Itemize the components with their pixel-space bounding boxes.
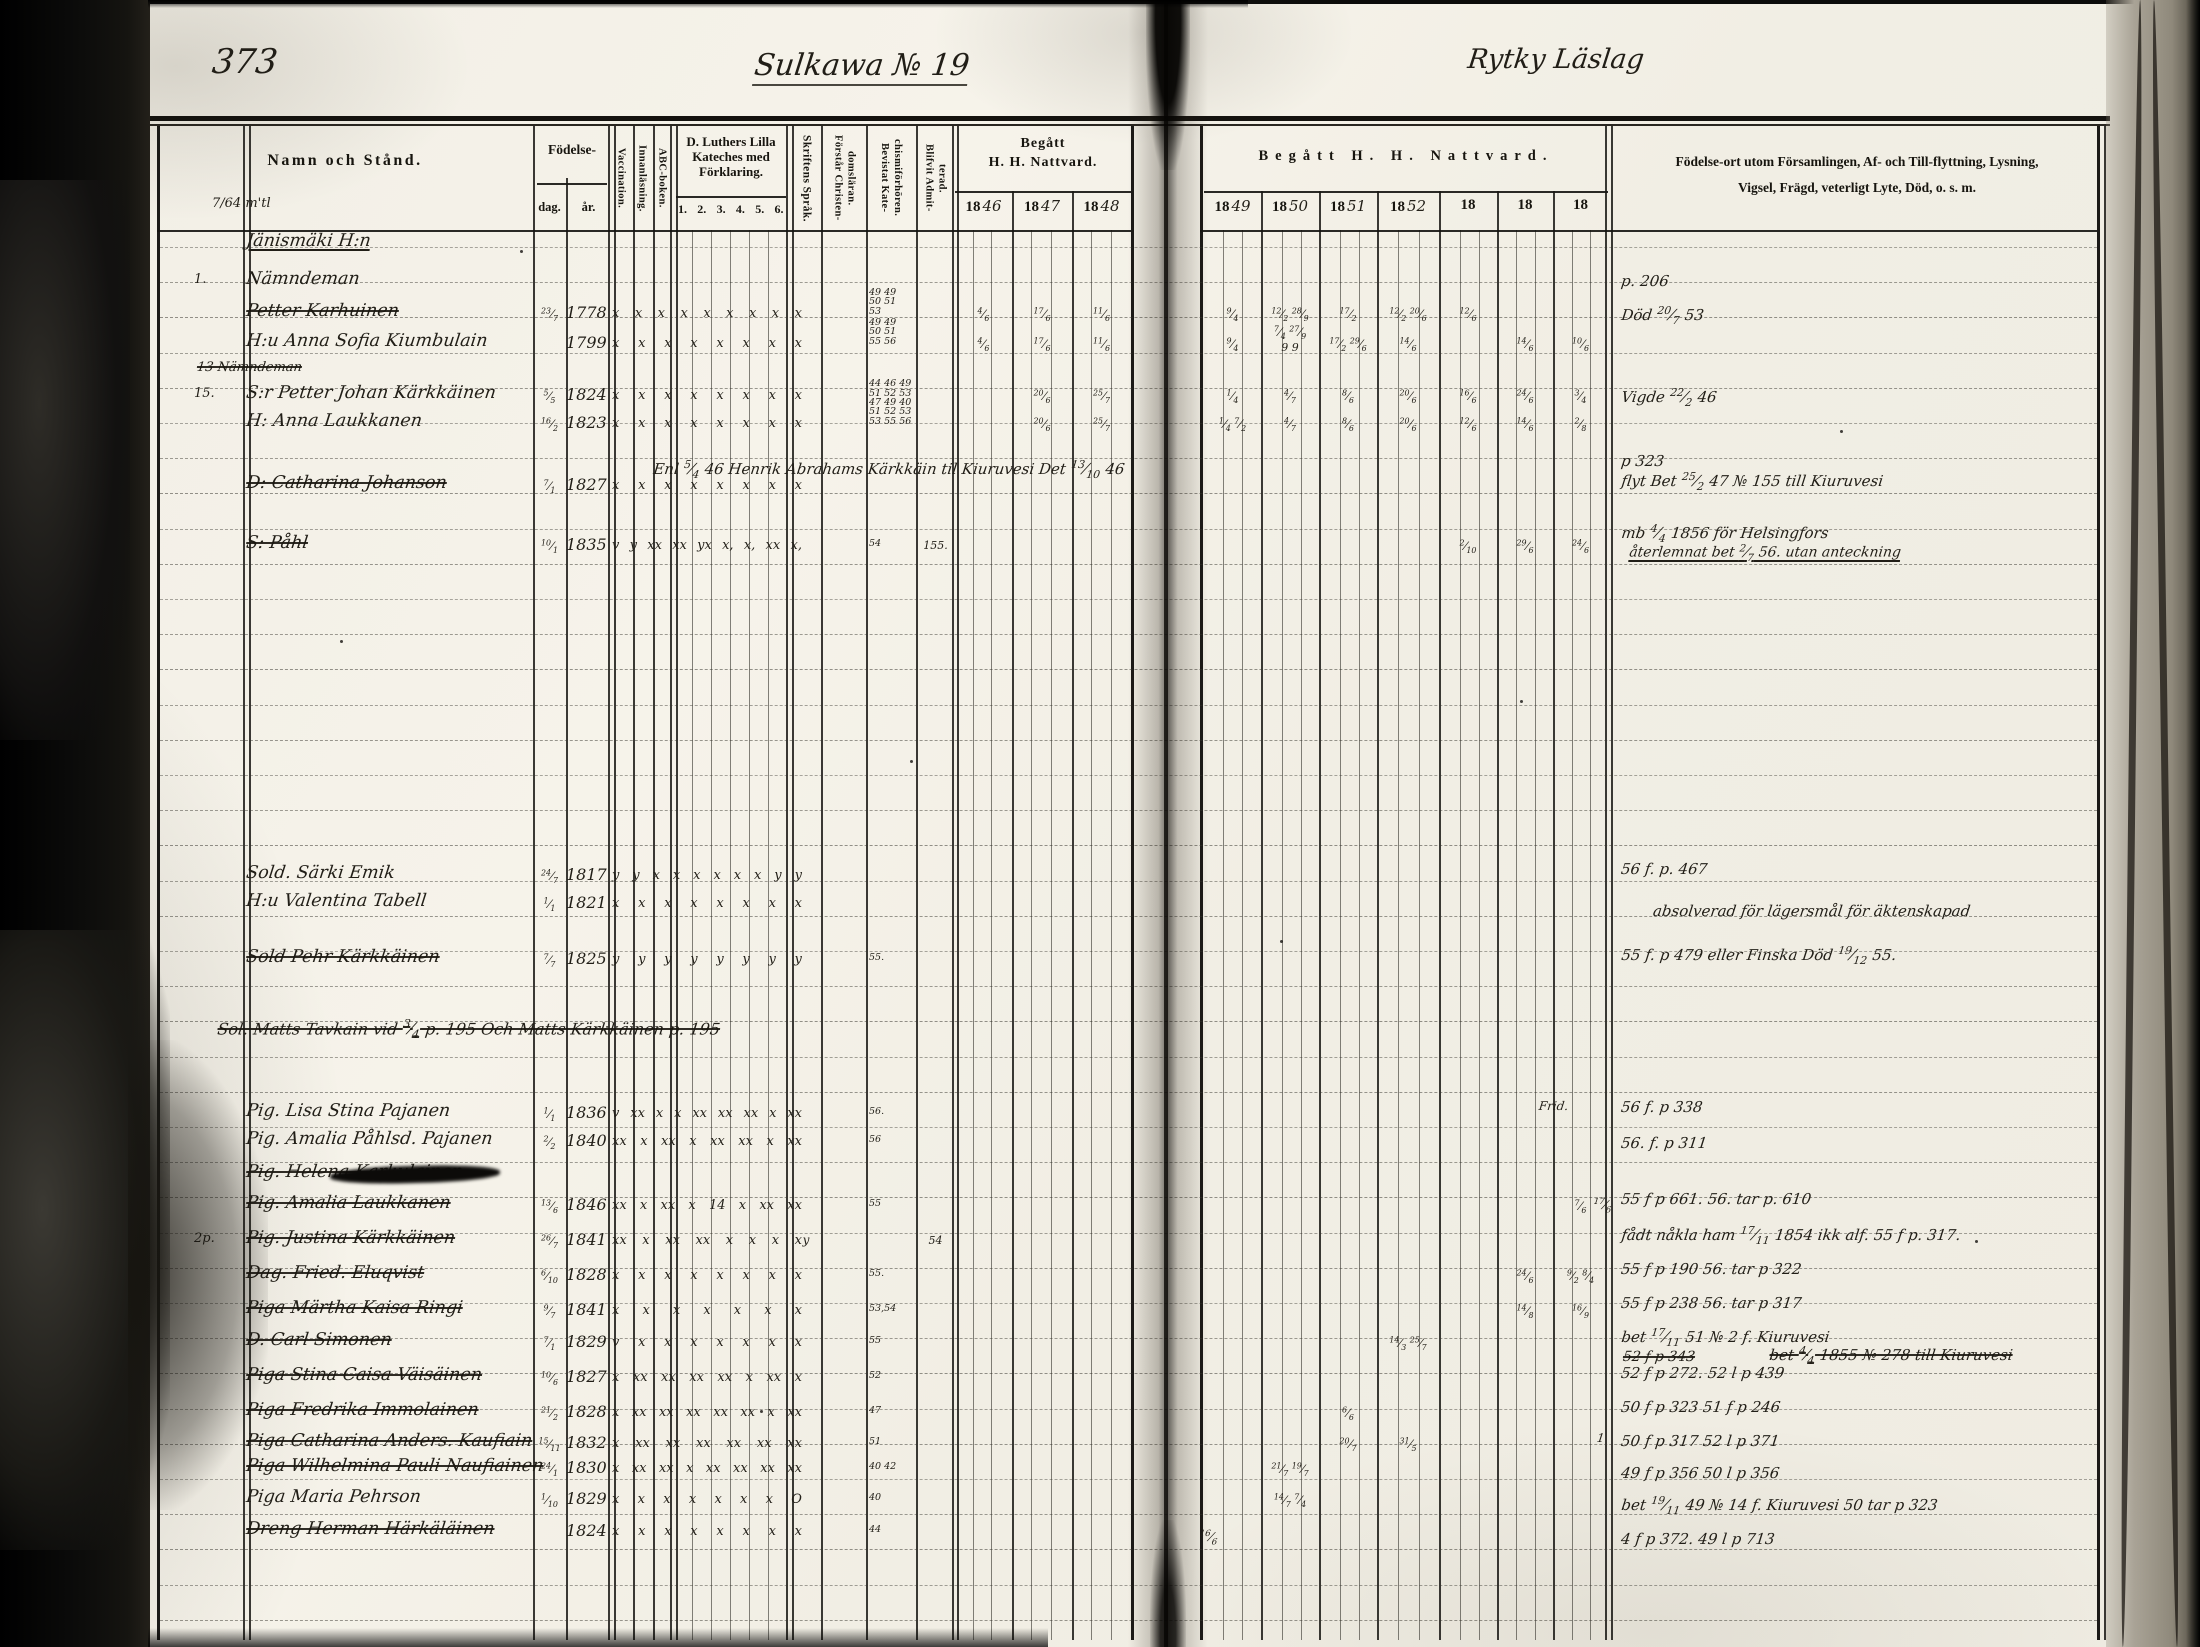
row-note: 4 f p 372. 49 l p 713 [1620,1530,1776,1548]
mark: x, [744,538,755,553]
fraction: 13⁄10 [1070,460,1102,478]
fodelse-divider [537,183,607,185]
mark: x [795,416,802,431]
mark: xx [696,1233,711,1248]
header-bevistat-wrap: Bevistat Kate- chismiförhören. [866,128,916,228]
mark: x [716,388,723,403]
fraction: 2⁄8 [1575,418,1587,431]
mark: x [656,1106,663,1121]
row-cell-y1847: 20⁄6 [1012,415,1072,434]
fraction: 9⁄4 [1227,308,1239,321]
row-bevistat: 47 49 40 51 52 53 53 55 56 [869,398,919,427]
mark: x [638,416,645,431]
row-bevistat: 44 [869,1525,919,1535]
row-marks: vyxxxxyxx,x,xxx, [612,538,802,553]
year-header: 1846 [955,197,1012,216]
mark: x [795,896,802,911]
row-name: S:r Petter Johan Kärkkäinen [245,383,497,403]
mark: x [690,336,697,351]
mark: x [673,1303,680,1318]
row-birth-day: 7⁄7 [533,951,566,970]
row-birth-year: 1778 [566,303,607,322]
year-printed: 18 [1518,197,1533,213]
mark: xx [632,1405,647,1420]
luthers-subcol-label: 4. [731,202,750,217]
year-printed: 18 [1573,197,1588,213]
year-printed: 18 [1330,199,1345,215]
ink-speck [520,250,523,253]
mark: x [769,388,776,403]
row-bevistat: 55 [869,1199,919,1209]
grid-vline [1111,230,1112,1640]
mark: x [612,1268,619,1283]
row-note: bet 19⁄11 49 № 14 f. Kiuruvesi 50 tar p … [1620,1494,1939,1517]
mark: xx [710,1134,725,1149]
row-name: Sold. Särki Emik [245,863,396,883]
mark: xx [726,1436,741,1451]
row-name: Jänismäki H:n [245,231,372,251]
fraction: 28⁄9 [1292,308,1309,321]
mark: v [612,1335,619,1350]
mark: x [716,416,723,431]
grid-vline [1242,230,1243,1640]
row-cell-y1848: 25⁄7 [1072,387,1131,406]
mark: x [638,1492,645,1507]
mark: 14 [709,1198,726,1213]
mark: x [795,1335,802,1350]
mark: x [664,896,671,911]
mark: x [612,1492,619,1507]
mark: x [769,336,776,351]
mark: x [740,1492,747,1507]
fraction: 20⁄6 [1400,390,1417,403]
fraction: 20⁄6 [1410,308,1427,321]
mark: x [638,478,645,493]
row-cell-y1849: 1⁄4 [1204,387,1261,406]
grid-vline [711,230,712,1640]
row-name: S: Påhl [245,533,309,553]
grid-vline [692,230,693,1640]
mark: x [716,896,723,911]
grid-vline [768,230,769,1640]
grid-vline [1091,230,1092,1640]
row-marks: xxxxxxxx [612,1524,802,1539]
mark: x [689,1134,696,1149]
mark: xx [757,1436,772,1451]
fraction: 19⁄7 [1292,1463,1309,1476]
fraction: 1⁄4 [1227,390,1239,403]
fraction: 20⁄7 [1340,1438,1357,1451]
mark: x [690,388,697,403]
fraction: 24⁄7 [541,870,558,883]
row-cell-y18b: 24⁄6 [1497,387,1553,406]
mark: x [612,416,619,431]
mark: xx [633,1370,648,1385]
header-fodelse: Födelse- [533,142,611,158]
mark: x [664,1335,671,1350]
fraction: 25⁄7 [1093,418,1110,431]
header-innanlasning: Innanläsning. [636,145,649,212]
fraction: 11⁄6 [1093,338,1110,351]
fraction: 25⁄2 [1680,472,1705,490]
row-bevistat: 51 [869,1437,919,1447]
row-birth-day: 26⁄7 [533,1232,566,1251]
row-birth-year: 1824 [566,1521,607,1540]
mark: x [658,306,665,321]
mark: x [754,868,761,883]
ink-speck [760,1410,763,1413]
row-cell-y1850: 7⁄4 27⁄99 9 [1261,323,1319,353]
grid-vline [1398,230,1399,1640]
mark: x [726,306,733,321]
mark: x [612,1436,619,1451]
row-note: 56 f. p. 467 [1620,860,1708,878]
fraction: 4⁄4 [1649,524,1667,542]
mark: x [768,1405,775,1420]
row-birth-year: 1830 [566,1458,607,1477]
fraction: 9⁄7 [544,1305,556,1318]
row-marks: xxxxxxxO [612,1492,802,1507]
row-name: H:u Valentina Tabell [245,891,428,911]
annotation: Frid. [1538,1099,1569,1113]
mark: xx [787,1134,802,1149]
row-name: Sold Pehr Kärkkäinen [245,947,441,967]
mark: x [638,896,645,911]
row-birth-year: 1824 [566,385,607,404]
fraction: 16⁄9 [1572,1305,1589,1318]
mark: xx [766,538,781,553]
annotation: absolverad för lägersmål för äktenskapad [1652,902,1971,920]
row-name: Dag. Fried. Eluqvist [245,1263,425,1283]
row-note: 55 f p 238 56. tar p 317 [1620,1294,1803,1312]
title-left: Sulkawa № 19 [752,48,971,86]
annotation: 17⁄6 [1592,1197,1613,1215]
row-cell-y18b: 24⁄6 [1497,1267,1553,1286]
fraction: 31⁄5 [1400,1438,1417,1451]
fraction: 12⁄6 [1460,308,1477,321]
mark: y [630,538,637,553]
fraction: 5⁄5 [544,390,556,403]
mark: xx [612,1134,627,1149]
row-marks: xxxxxxxxxxxxxx [612,1461,802,1476]
fraction: 7⁄4 [1274,326,1286,339]
mark: x [663,1492,670,1507]
fraction: 4⁄7 [1284,418,1296,431]
fraction: 10⁄1 [541,540,558,553]
row-cell-y18c: 24⁄6 [1553,537,1608,556]
mark: y [612,952,619,967]
header-abc-boken: ABC-boken. [656,148,669,208]
year-handwritten: 46 [982,197,1001,215]
mark: x [742,416,749,431]
grid-vline [1359,230,1360,1640]
row-marks: xxxxxxxx [612,388,802,403]
annotation: 52 f p 343 [1622,1349,1696,1365]
fraction: 21⁄2 [541,1407,558,1420]
grid-vline [1031,230,1032,1640]
row-marks: xxxxxxxxxxxxxx [612,1405,802,1420]
row-cell-y1847: 17⁄6 [1012,335,1072,354]
row-cell-y1849: 9⁄4 [1204,335,1261,354]
mark: xx [689,1370,704,1385]
row-bevistat: 54 [869,539,919,549]
begatt-right-divider [1204,191,1608,193]
header-blifvit-wrap: Blifvit Admit- terad. [917,128,954,228]
mark: x [690,896,697,911]
row-cell-y1848: 25⁄7 [1072,415,1131,434]
row-marks: xxxxxxxx [612,416,802,431]
row-cell-y1847: 20⁄6 [1012,387,1072,406]
row-name: Piga Märtha Kaisa Ringi [245,1298,464,1318]
row-cell-y1848: 11⁄6 [1072,335,1131,354]
row-cell-y1849: 9⁄4 [1204,305,1261,324]
mark: y [768,952,775,967]
fraction: 19⁄12 [1837,946,1869,964]
header-blifvit-admitterad: Blifvit Admit- terad. [923,144,949,212]
fraction: 16⁄6 [1460,390,1477,403]
row-marks: xxxxxxxx [612,336,802,351]
row-cell-y18b: 14⁄6 [1497,335,1553,354]
row-birth-year: 1828 [566,1265,607,1284]
mark: xx [635,1436,650,1451]
mark: x [742,336,749,351]
fraction: 2⁄7 [1738,545,1755,561]
year-header: 1850 [1261,197,1319,216]
row-cell-y18b: 14⁄6 [1497,415,1553,434]
row-cell-y1848: 11⁄6 [1072,305,1131,324]
mark: x [688,1198,695,1213]
mark: x [742,1268,749,1283]
row-cell-y18a: 16⁄6 [1439,387,1497,406]
row-birth-day: 7⁄1 [533,477,566,496]
fraction: 14⁄8 [1517,1305,1534,1318]
mark: x [612,478,619,493]
row-sprak-mark: y [791,1235,821,1246]
row-margin-label: 15. [194,386,215,401]
row-birth-day: 24⁄7 [533,867,566,886]
luthers-subcol-label: 5. [750,202,769,217]
fraction: 23⁄7 [541,308,558,321]
mark: x [642,1303,649,1318]
mark: x [674,1106,681,1121]
mark: x [664,388,671,403]
row-birth-year: 1846 [566,1195,607,1214]
mark: y [774,868,781,883]
row-birth-year: 1829 [566,1332,607,1351]
row-birth-year: 1817 [566,865,607,884]
header-skriftens-sprak: Skriftens Språk. [800,135,813,222]
mark: y [612,868,619,883]
fraction: 13⁄6 [541,1200,558,1213]
mark: x [612,1461,619,1476]
grid-vline [1282,230,1283,1640]
grid-vline [1572,230,1573,1640]
header-dag: dag. [533,200,566,215]
year-handwritten: 51 [1347,197,1366,215]
row-marks: xxxxxxxxxxxxx [612,1436,802,1451]
row-birth-year: 1836 [566,1103,607,1122]
mark: x [686,1461,693,1476]
row-birth-day: 21⁄2 [533,1404,566,1423]
grid-vline [991,230,992,1640]
fraction: 17⁄6 [1592,1198,1612,1212]
fraction: 7⁄7 [544,954,556,967]
mark: x [612,336,619,351]
mark: x [638,336,645,351]
row-birth-day: 2⁄2 [533,1133,566,1152]
row-bevistat: 55 [869,1336,919,1346]
fraction: 1⁄1 [544,898,556,911]
mark: x [640,1198,647,1213]
row-birth-day: 10⁄1 [533,537,566,556]
mark: v [612,1106,619,1121]
mark: x [612,1524,619,1539]
fraction: 7⁄4 [1294,1494,1306,1507]
row-marks: yyyyyyyy [612,952,802,967]
mark: y [638,952,645,967]
mark: x [638,1268,645,1283]
year-printed: 18 [1024,199,1039,215]
row-name: D: Catharina Johanson [245,473,448,493]
mark: x [612,388,619,403]
grid-vline [1051,230,1052,1640]
row-cell-y1846: 4⁄6 [955,305,1012,324]
book-fold-shadow [1128,0,1208,1647]
row-note: 55 f p 190 56. tar p 322 [1620,1260,1803,1278]
mark: x [690,416,697,431]
mark: xx [740,1405,755,1420]
row-birth-day: 24⁄1 [533,1460,566,1479]
fraction: 12⁄2 [1389,308,1406,321]
year-header: 1848 [1072,197,1131,216]
mark: x [769,416,776,431]
mark: xx [787,1405,802,1420]
row-bevistat: 47 [869,1406,919,1416]
book-fold-line [1164,0,1168,1647]
fraction: 6⁄10 [541,1270,558,1283]
row-marks: xxxxxxxxxxxxx [612,1134,802,1149]
mark: x [612,896,619,911]
mark: xx [686,1405,701,1420]
mark: x [795,1370,802,1385]
fraction: 4⁄4 [1798,1346,1816,1364]
fraction: 10⁄6 [541,1372,558,1385]
mark: x [716,1335,723,1350]
page-bottom-edge-shadow [148,1628,1048,1647]
row-note: 52 f p 272. 52 l p 439 [1620,1364,1785,1382]
fraction: 12⁄2 [1271,308,1288,321]
grid-vline [749,230,750,1640]
mark: x [769,1268,776,1283]
mark: xx [717,1370,732,1385]
mark: y [795,868,802,883]
year-header: 1849 [1204,197,1261,216]
fraction: 15⁄11 [539,1438,561,1451]
row-birth-year: 1821 [566,893,607,912]
corner-shadow-blob [128,1040,268,1510]
header-forstar-wrap: Förstår Christen- domsläran. [823,128,866,228]
row-cell-y1851: 8⁄6 [1319,415,1377,434]
grid-hline [1200,230,2097,232]
row-birth-day: 9⁄7 [533,1302,566,1321]
row-cell-y1850: 12⁄2 28⁄9 [1261,305,1319,324]
mark: xx [672,538,687,553]
mark: x [693,868,700,883]
year-printed: 18 [1461,197,1476,213]
row-bevistat: 44 46 49 51 52 53 [869,379,919,398]
header-begatt-left: Begått H. H. Nattvard. [955,134,1131,172]
mark: x [664,1268,671,1283]
row-marks: xxxxxxxxx [612,306,802,321]
row-marks: xxxxxxxxxxxxx [612,1370,802,1385]
fraction: 24⁄6 [1572,540,1589,553]
year-header: 18 [1439,197,1497,214]
fraction: 17⁄2 [1329,338,1346,351]
fraction: 4⁄6 [978,338,990,351]
row-cell-y1852: 20⁄6 [1377,415,1439,434]
mark: x [769,1106,776,1121]
fraction: 8⁄6 [1342,418,1354,431]
row-cell-y1851: 17⁄2 29⁄6 [1319,335,1377,354]
fraction: 26⁄7 [541,1235,558,1248]
mark: y [742,952,749,967]
row-cell-y18b: 14⁄8 [1497,1302,1553,1321]
mark: x, [790,538,801,553]
title-right: Rytky Läslag [1466,44,1646,75]
fraction: 5⁄4 [683,460,701,478]
luthers-subcol-label: 3. [712,202,731,217]
fraction: 4⁄6 [978,308,990,321]
row-cell-y1850: 14⁄7 7⁄4 [1261,1491,1319,1510]
mark: xx [718,1106,733,1121]
page-number: 373 [210,42,280,82]
mark: x [746,1370,753,1385]
mark: xx [738,1134,753,1149]
year-handwritten: 49 [1231,197,1250,215]
row-note: 50 f p 317 52 l p 371 [1620,1432,1781,1450]
fraction: 7⁄1 [544,1337,556,1350]
scanned-ledger-stage: 373 Sulkawa № 19 Rytky Läslag Namn och S… [0,0,2200,1647]
fraction: 17⁄11 [1739,1226,1771,1244]
row-bevistat: 49 49 50 51 55 56 [869,318,919,347]
row-marks: xxxxxx14xxxxx [612,1198,802,1213]
mark: x [673,868,680,883]
row-name: Piga Catharina Anders. Kaufiain [245,1431,534,1451]
row-birth-year: 1832 [566,1433,607,1452]
right-edge-dark [2186,0,2200,1647]
row-birth-day: 1⁄1 [533,895,566,914]
row-birth-day: 1⁄10 [533,1491,566,1510]
fraction: 9⁄2 [1567,1270,1579,1283]
header-skriftens-wrap: Skriftens Språk. [791,128,821,228]
mark: x [795,336,802,351]
mark: x [742,896,749,911]
mark: xx [665,1233,680,1248]
fraction: 17⁄6 [1034,338,1051,351]
mark: x [764,1303,771,1318]
row-bevistat: 53,54 [869,1304,919,1314]
row-birth-year: 1835 [566,535,607,554]
mark: xx [713,1405,728,1420]
mark: x [638,1524,645,1539]
mark: x [653,868,660,883]
fraction: 27⁄9 [1289,326,1306,339]
year-handwritten: 50 [1289,197,1308,215]
mark: x [690,1268,697,1283]
mark: x [612,1303,619,1318]
mark: x [768,1335,775,1350]
fraction: 16⁄2 [541,418,558,431]
